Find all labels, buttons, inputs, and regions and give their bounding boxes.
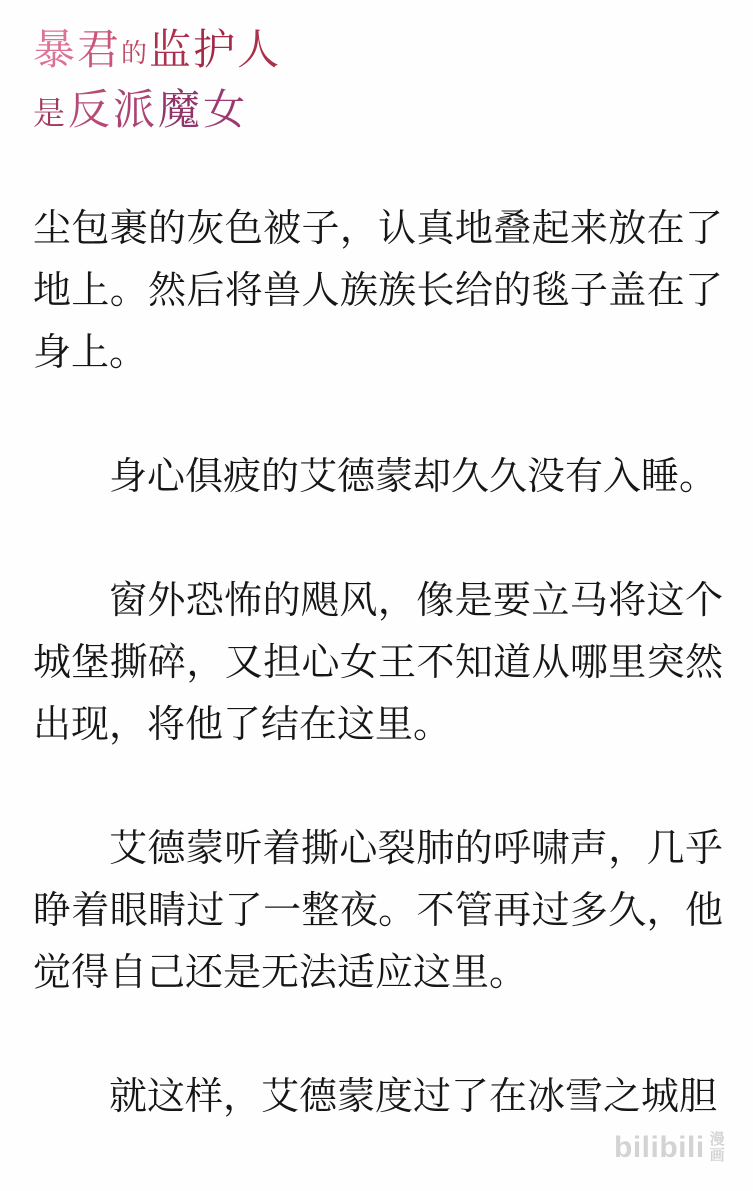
logo-char: 反 — [68, 82, 113, 138]
logo-char: 女 — [203, 82, 248, 138]
logo-char: 君 — [77, 22, 121, 78]
logo-char: 魔 — [158, 82, 203, 138]
logo-char: 是 — [33, 85, 68, 141]
logo-char: 监 — [149, 22, 193, 78]
logo-char: 护 — [193, 22, 237, 78]
manga-label-char: 画 — [710, 1148, 725, 1164]
logo-title-line-1: 暴 君 的 监 护 人 — [33, 22, 281, 84]
paragraph: 艾德蒙听着撕心裂肺的呼啸声，几乎睁着眼睛过了一整夜。不管再过多久，他觉得自己还是… — [33, 818, 723, 1004]
paragraph: 尘包裹的灰色被子，认真地叠起来放在了地上。然后将兽人族族长给的毯子盖在了身上。 — [33, 198, 723, 384]
logo-title-line-2: 是 反 派 魔 女 — [33, 82, 281, 141]
logo-char: 人 — [237, 22, 281, 78]
manga-novel-page: 暴 君 的 监 护 人 是 反 派 魔 女 尘包裹的灰色被子，认真地叠起来放在了… — [0, 0, 753, 1191]
logo-char: 的 — [121, 26, 149, 82]
manga-label: 漫 画 — [710, 1132, 725, 1164]
paragraph: 就这样，艾德蒙度过了在冰雪之城胆 — [33, 1066, 723, 1128]
manga-label-char: 漫 — [710, 1132, 725, 1148]
logo-char: 派 — [113, 82, 158, 138]
bilibili-logo: bilibili — [614, 1126, 705, 1170]
series-title-logo: 暴 君 的 监 护 人 是 反 派 魔 女 — [33, 22, 281, 141]
paragraph: 窗外恐怖的飓风，像是要立马将这个城堡撕碎，又担心女王不知道从哪里突然出现，将他了… — [33, 570, 723, 756]
bilibili-manga-watermark: bilibili 漫 画 — [614, 1126, 725, 1170]
paragraph: 身心俱疲的艾德蒙却久久没有入睡。 — [33, 446, 723, 508]
logo-char: 暴 — [33, 22, 77, 78]
novel-text-body: 尘包裹的灰色被子，认真地叠起来放在了地上。然后将兽人族族长给的毯子盖在了身上。 … — [33, 198, 723, 1190]
